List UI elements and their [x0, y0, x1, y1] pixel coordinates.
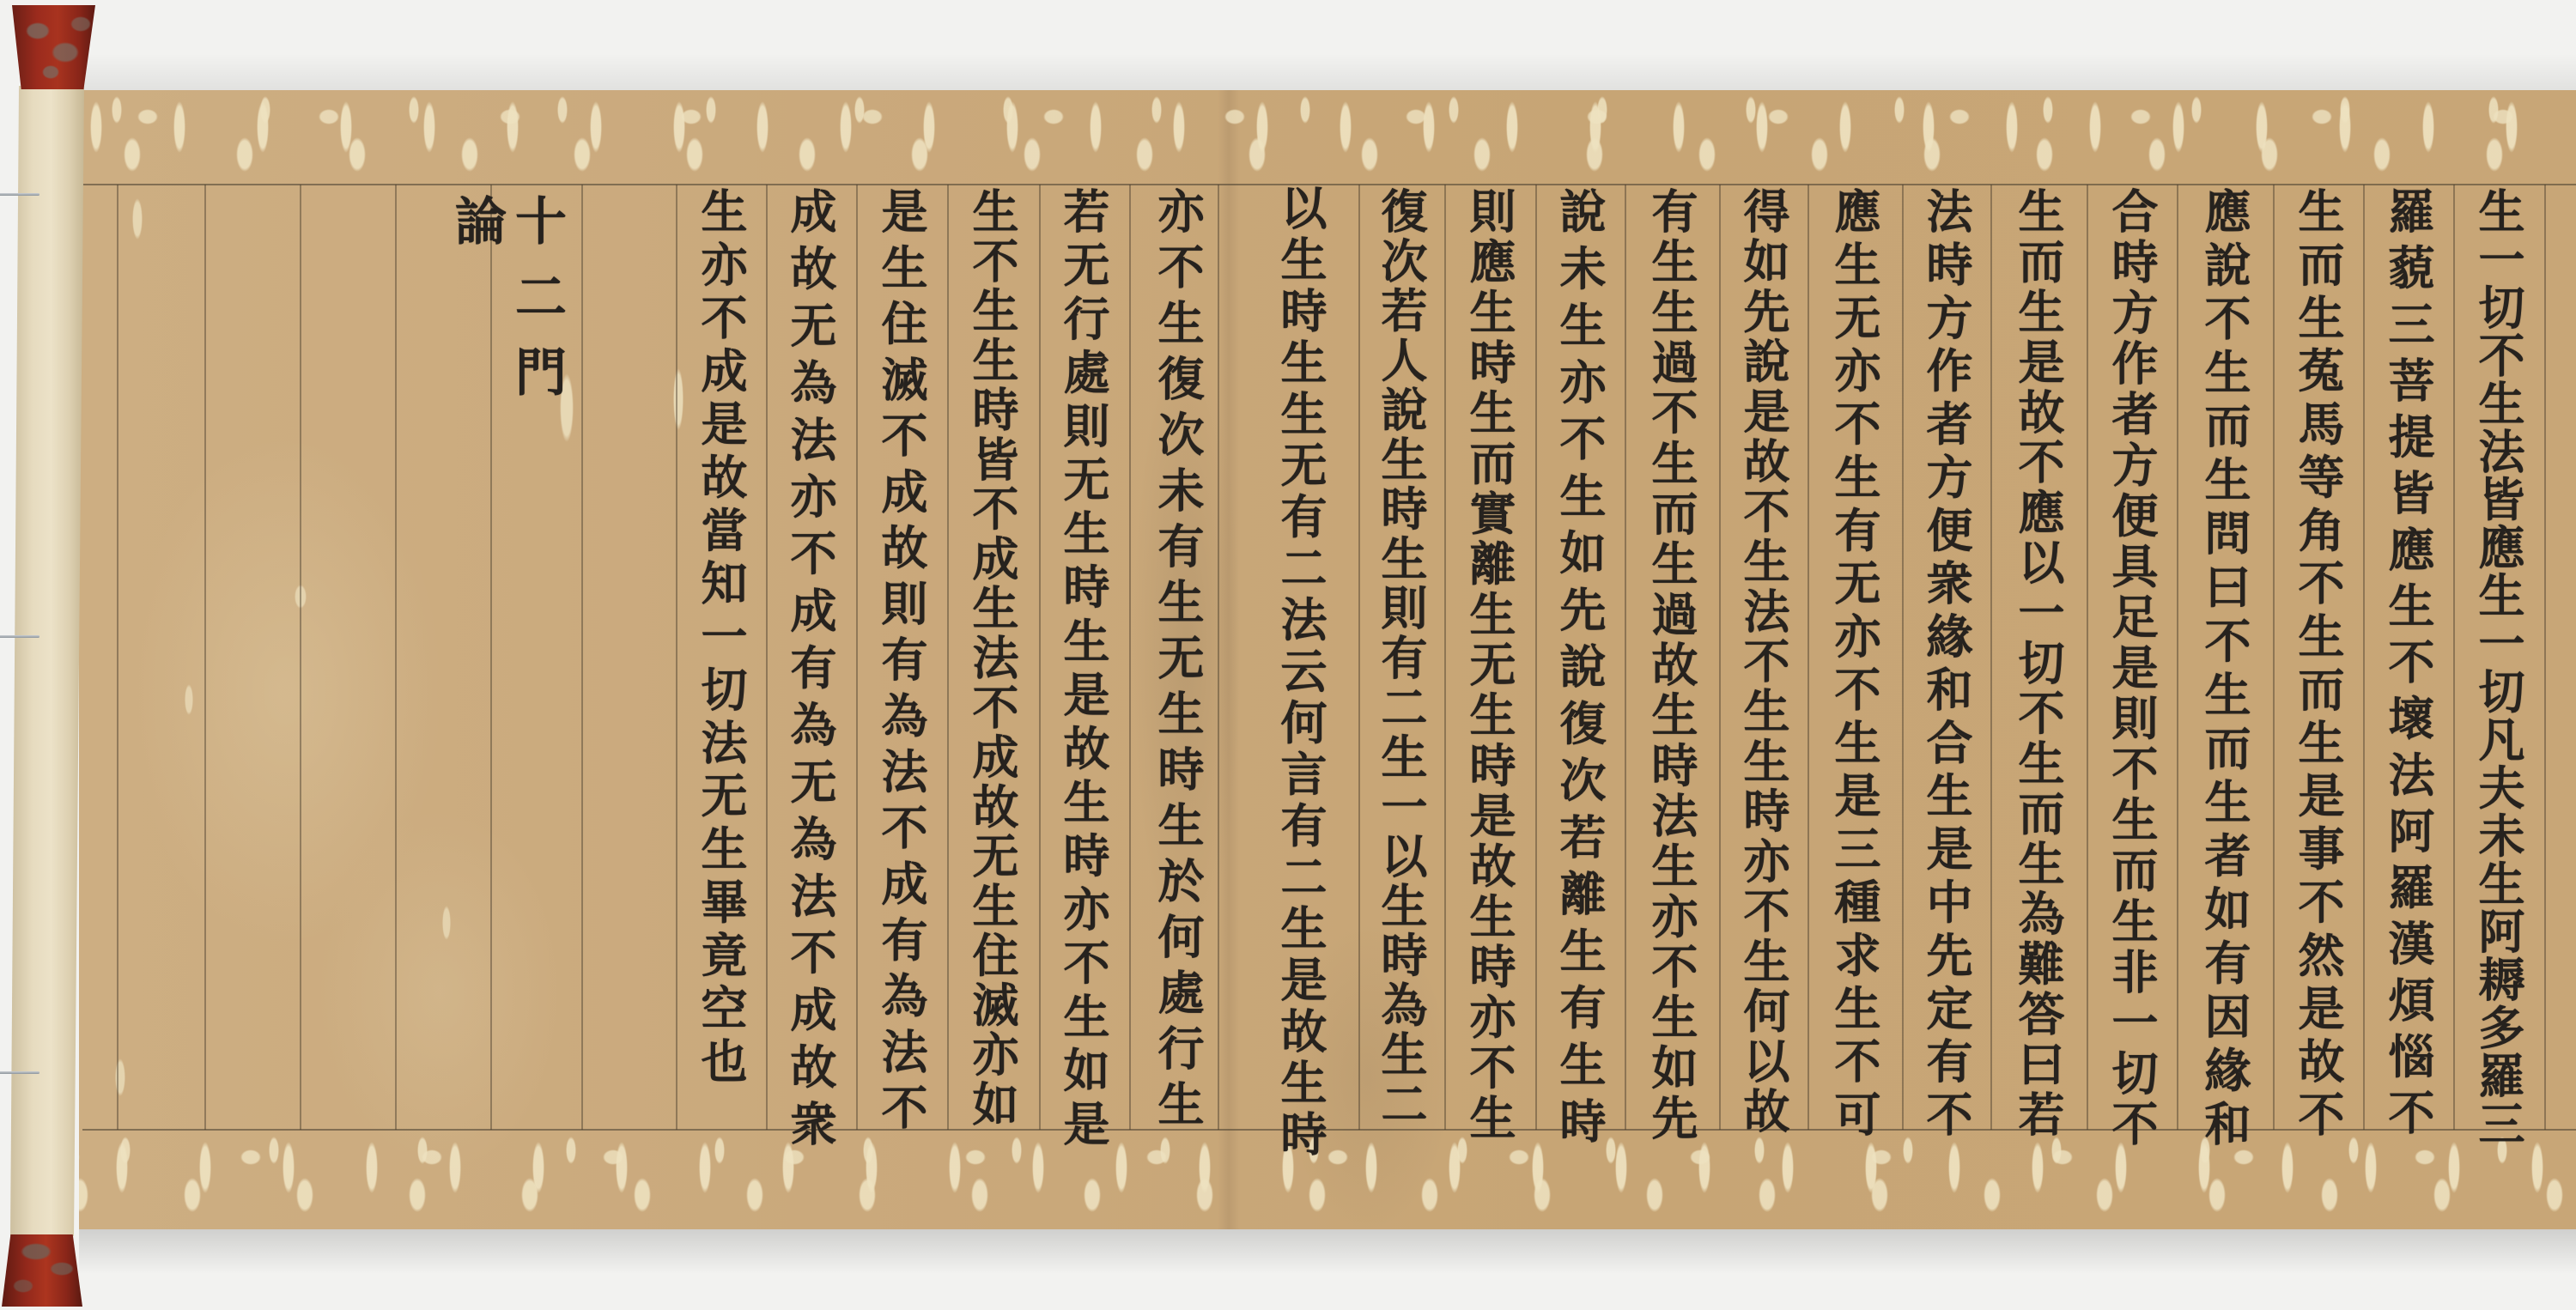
text-column: 有生生過不生而生過故生時法生亦不生如先	[1644, 187, 1699, 1140]
scroll-title: 十二門論	[507, 194, 567, 397]
column-rule	[300, 185, 301, 1130]
column-rule	[2273, 185, 2275, 1130]
column-rule	[1358, 185, 1360, 1130]
paper-shadow-top	[79, 53, 2576, 91]
handscroll: 生一切不生法皆應生一切凡夫未生阿耨多羅三 羅藐三菩提皆應生不壞法阿羅漢煩惱不 生…	[0, 0, 2576, 1310]
text-column: 以生時生生无有二法云何言有二生是故生時	[1273, 184, 1328, 1156]
column-rule	[117, 185, 118, 1130]
paper-damage-blank-area	[86, 185, 687, 1129]
mounting-pin	[0, 193, 39, 196]
column-rule	[766, 185, 768, 1130]
roller-cap-bottom	[2, 1234, 82, 1307]
text-column: 生而生菟馬等角不生而生是事不然是故不	[2291, 187, 2346, 1137]
text-column: 復次若人說生時生則有二生一以生時為生二	[1374, 187, 1429, 1126]
column-rule	[395, 185, 397, 1130]
paper-shadow-bottom	[79, 1229, 2576, 1274]
column-rule	[947, 185, 949, 1130]
column-rule	[1039, 185, 1041, 1130]
text-column: 羅藐三菩提皆應生不壞法阿羅漢煩惱不	[2381, 187, 2436, 1135]
column-rule	[1444, 185, 1446, 1130]
column-rule	[1719, 185, 1721, 1130]
text-column: 應生无亦不生有无亦不生是三種求生不可	[1827, 187, 1882, 1137]
text-column: 說未生亦不生如先說復次若離生有生時	[1552, 187, 1607, 1143]
column-rule	[1535, 185, 1537, 1130]
text-column: 則應生時生而實離生无生時是故生時亦不生	[1462, 187, 1517, 1140]
column-rule	[581, 185, 583, 1130]
column-rule	[2453, 185, 2455, 1130]
column-rule	[676, 185, 677, 1130]
column-rule	[204, 185, 206, 1130]
mounting-pin	[0, 635, 39, 638]
column-rule	[2177, 185, 2178, 1130]
column-rule	[2544, 185, 2546, 1130]
text-column: 成故无為法亦不成有為无為法不成故衆	[783, 187, 838, 1146]
text-column: 生一切不生法皆應生一切凡夫未生阿耨多羅三	[2471, 187, 2526, 1146]
roller-body	[10, 86, 84, 1236]
mounting-pin	[0, 1071, 39, 1074]
text-column: 若无行處則无生時生是故生時亦不生如是	[1056, 187, 1111, 1146]
text-column: 是生住滅不成故則有為法不成有為法不	[874, 187, 929, 1130]
paper-joint	[1218, 90, 1240, 1229]
column-rule	[1129, 185, 1131, 1130]
column-rule	[1807, 185, 1809, 1130]
top-rule-line	[82, 184, 2576, 185]
column-rule	[490, 185, 492, 1130]
column-rule	[1625, 185, 1626, 1130]
text-column: 生不生生時皆不成生法不成故无生住滅亦如	[965, 187, 1020, 1126]
text-column: 生亦不成是故當知一切法无生畢竟空也	[694, 187, 749, 1083]
text-column: 合時方作者方便具足是則不生而生非一切不	[2105, 187, 2160, 1146]
roller-cap-top	[12, 5, 95, 89]
column-rule	[1902, 185, 1904, 1130]
column-rule	[1218, 185, 1219, 1130]
text-column: 亦不生復次未有生无生時生於何處行生	[1151, 187, 1206, 1126]
paper-damage-top-margin	[79, 91, 2576, 187]
column-rule	[2087, 185, 2088, 1130]
column-rule	[1990, 185, 1992, 1130]
text-column: 得如先說是故不生法不生生時亦不生何以故	[1736, 187, 1791, 1133]
text-column: 應說不生而生問曰不生而生者如有因緣和	[2197, 187, 2252, 1146]
text-column: 生而生是故不應以一切不生而生為難答曰若	[2011, 187, 2066, 1137]
text-column: 法時方作者方便衆緣和合生是中先定有不	[1919, 187, 1974, 1137]
column-rule	[2363, 185, 2365, 1130]
column-rule	[856, 185, 858, 1130]
